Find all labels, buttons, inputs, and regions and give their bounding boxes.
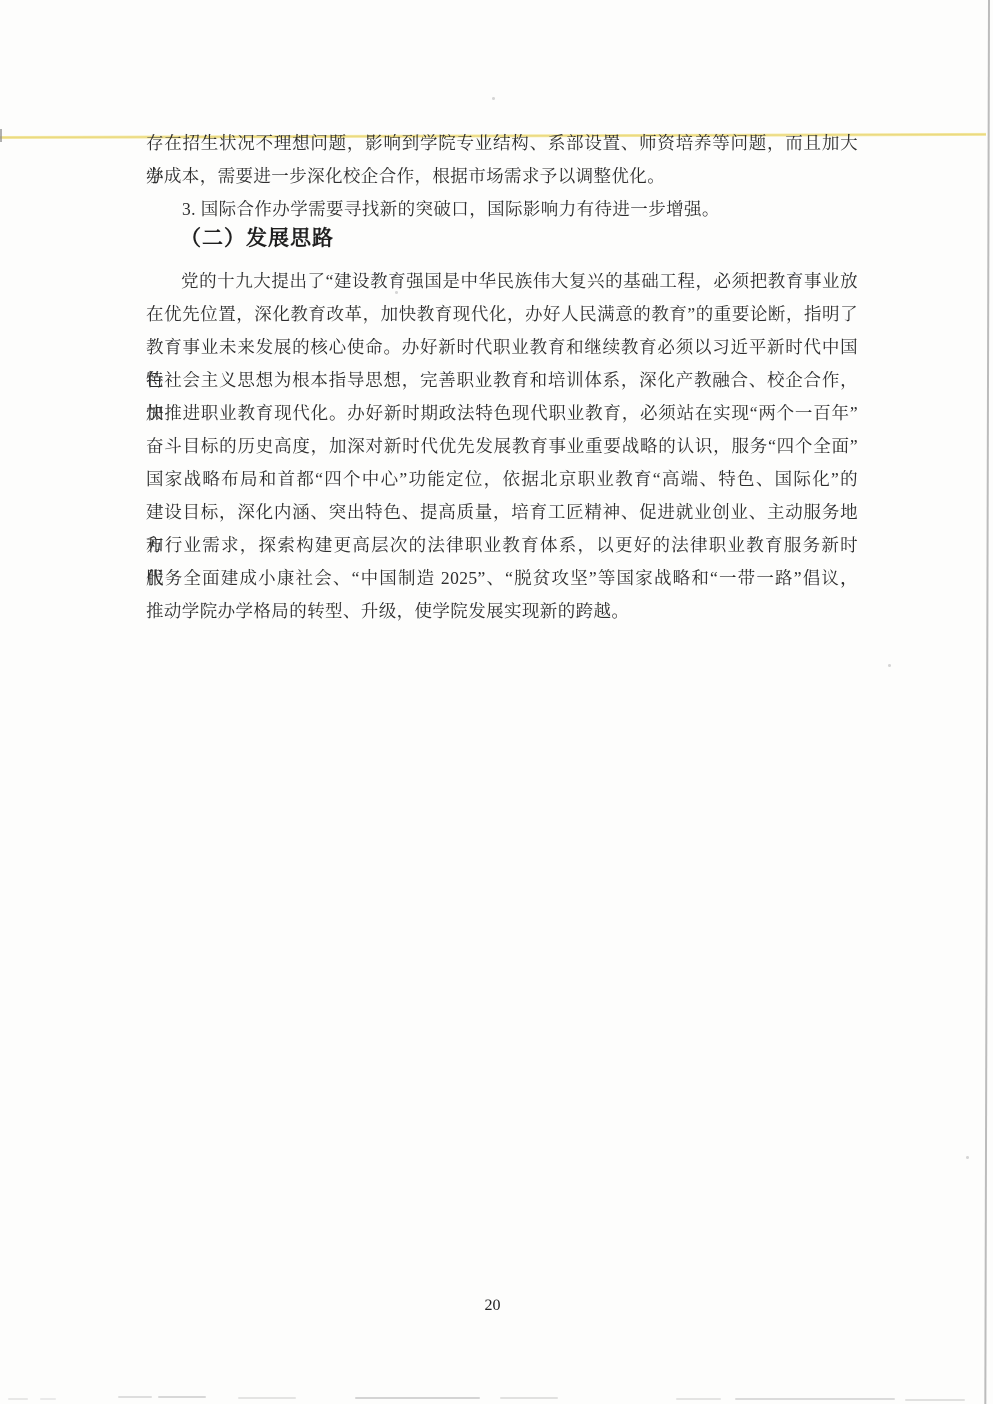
text-line: 奋斗目标的历史高度，加深对新时代优先发展教育事业重要战略的认识，服务“四个全面”	[146, 430, 858, 463]
scan-speck	[888, 664, 891, 667]
section-heading-block: （二）发展思路	[146, 220, 858, 256]
left-edge-scan-mark	[0, 129, 2, 142]
text-line: 存在招生状况不理想问题，影响到学院专业结构、系部设置、师资培养等问题，而且加大办	[146, 127, 858, 160]
section-heading: （二）发展思路	[146, 220, 858, 256]
right-edge-scan-line	[984, 0, 990, 1404]
text-line: 和行业需求，探索构建更高层次的法律职业教育体系，以更好的法律职业教育服务新时代，	[146, 529, 858, 562]
scan-speck	[492, 97, 495, 100]
scan-artifact-dash	[238, 1397, 296, 1399]
text-line: 学成本，需要进一步深化校企合作，根据市场需求予以调整优化。	[146, 160, 858, 193]
scan-artifact-dash	[118, 1396, 152, 1398]
scan-artifact-dash	[500, 1397, 558, 1399]
scan-artifact-dash	[158, 1396, 206, 1398]
scan-artifact-dash	[905, 1399, 965, 1401]
scan-speck	[966, 1156, 969, 1159]
text-line: 推动学院办学格局的转型、升级，使学院发展实现新的跨越。	[146, 595, 858, 628]
text-line: 色社会主义思想为根本指导思想，完善职业教育和培训体系，深化产教融合、校企合作，加	[146, 364, 858, 397]
continuation-paragraph: 存在招生状况不理想问题，影响到学院专业结构、系部设置、师资培养等问题，而且加大办…	[146, 127, 858, 193]
page-number: 20	[0, 1297, 985, 1315]
scan-artifact-dash	[355, 1397, 480, 1399]
text-line: 快推进职业教育现代化。办好新时期政法特色现代职业教育，必须站在实现“两个一百年”	[146, 397, 858, 430]
text-line: 国家战略布局和首都“四个中心”功能定位，依据北京职业教育“高端、特色、国际化”的	[146, 463, 858, 496]
text-line: 在优先位置，深化教育改革，加快教育现代化，办好人民满意的教育”的重要论断，指明了	[146, 298, 858, 331]
text-line: 教育事业未来发展的核心使命。办好新时代职业教育和继续教育必须以习近平新时代中国特	[146, 331, 858, 364]
text-line: 建设目标，深化内涵、突出特色、提高质量，培育工匠精神、促进就业创业、主动服务地方	[146, 496, 858, 529]
scan-artifact-dash	[40, 1398, 56, 1400]
text-line: 党的十九大提出了“建设教育强国是中华民族伟大复兴的基础工程，必须把教育事业放	[146, 265, 858, 298]
scan-speck	[395, 291, 398, 294]
text-line: 服务全面建成小康社会、“中国制造 2025”、“脱贫攻坚”等国家战略和“一带一路…	[146, 562, 858, 595]
scan-artifact-dash	[676, 1398, 721, 1400]
main-paragraph: 党的十九大提出了“建设教育强国是中华民族伟大复兴的基础工程，必须把教育事业放在优…	[146, 265, 858, 628]
scan-artifact-dash	[8, 1398, 28, 1400]
scanned-document-page: 存在招生状况不理想问题，影响到学院专业结构、系部设置、师资培养等问题，而且加大办…	[0, 0, 993, 1404]
scan-artifact-dash	[735, 1398, 895, 1400]
